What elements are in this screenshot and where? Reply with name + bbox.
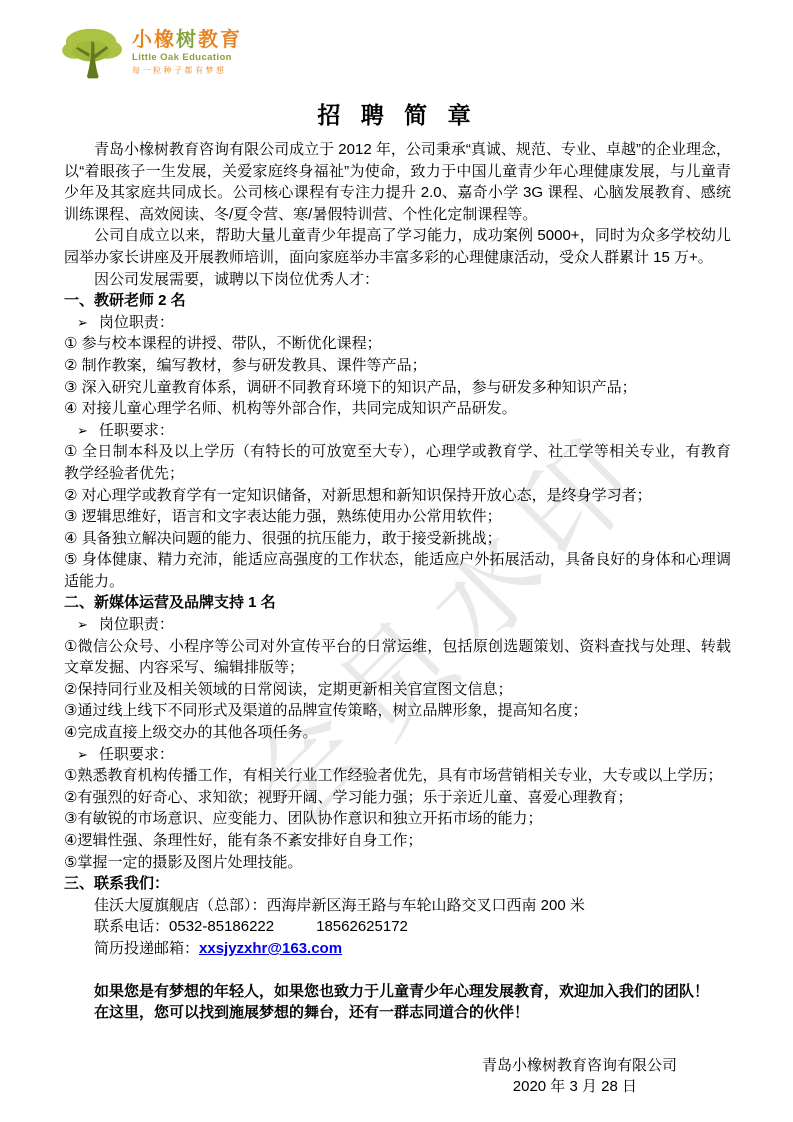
email-link[interactable]: xxsjyzxhr@163.com bbox=[199, 940, 342, 957]
section2-duties-label-text: 岗位职责： bbox=[99, 616, 174, 633]
oak-tree-icon bbox=[60, 26, 126, 84]
logo-text: 小橡树教育 Little Oak Education 每一粒种子都有梦想 bbox=[132, 26, 242, 75]
section2-req-item: ⑤掌握一定的摄影及图片处理技能。 bbox=[64, 852, 731, 874]
spacer bbox=[64, 960, 731, 981]
spacer bbox=[64, 1045, 731, 1055]
section2-req-label: ➢任职要求： bbox=[64, 744, 731, 766]
logo-brand-part1: 小橡 bbox=[132, 29, 176, 51]
section1-req-label-text: 任职要求： bbox=[99, 422, 174, 439]
section2-duty-item: ②保持同行业及相关领域的日常阅读，定期更新相关官宣图文信息； bbox=[64, 679, 731, 701]
section1-duties-label-text: 岗位职责： bbox=[99, 314, 174, 331]
intro-paragraph-3: 因公司发展需要，诚聘以下岗位优秀人才： bbox=[64, 269, 731, 291]
contact-email-label: 简历投递邮箱： bbox=[94, 940, 199, 957]
intro-paragraph-2: 公司自成立以来，帮助大量儿童青少年提高了学习能力，成功案例 5000+，同时为众… bbox=[64, 225, 731, 268]
signature-company: 青岛小橡树教育咨询有限公司 bbox=[64, 1055, 731, 1077]
signature-date: 2020 年 3 月 28 日 bbox=[64, 1076, 731, 1098]
section1-duty-item: ④ 对接儿童心理学名师、机构等外部合作，共同完成知识产品研发。 bbox=[64, 398, 731, 420]
logo-tagline: 每一粒种子都有梦想 bbox=[132, 67, 242, 75]
document-page: 会员水印 小橡树教育 Little Oak Education 每一粒种子都有梦… bbox=[0, 0, 793, 1122]
section1-duties-label: ➢岗位职责： bbox=[64, 312, 731, 334]
section1-req-item: ② 对心理学或教育学有一定知识储备，对新思想和新知识保持开放心态，是终身学习者； bbox=[64, 485, 731, 507]
arrow-bullet-icon: ➢ bbox=[77, 744, 88, 766]
closing-line-1: 如果您是有梦想的年轻人，如果您也致力于儿童青少年心理发展教育，欢迎加入我们的团队… bbox=[64, 981, 731, 1003]
contact-email-row: 简历投递邮箱：xxsjyzxhr@163.com bbox=[64, 938, 731, 960]
section1-req-item: ③ 逻辑思维好，语言和文字表达能力强，熟练使用办公常用软件； bbox=[64, 506, 731, 528]
logo: 小橡树教育 Little Oak Education 每一粒种子都有梦想 bbox=[60, 26, 731, 86]
section1-req-item: ⑤ 身体健康、精力充沛，能适应高强度的工作状态，能适应户外拓展活动，具备良好的身… bbox=[64, 549, 731, 592]
section2-duties-label: ➢岗位职责： bbox=[64, 614, 731, 636]
contact-heading: 三、联系我们： bbox=[64, 873, 731, 895]
section1-duty-item: ① 参与校本课程的讲授、带队，不断优化课程； bbox=[64, 333, 731, 355]
section2-req-item: ②有强烈的好奇心、求知欲；视野开阔、学习能力强；乐于亲近儿童、喜爱心理教育； bbox=[64, 787, 731, 809]
arrow-bullet-icon: ➢ bbox=[77, 420, 88, 442]
page-title: 招 聘 简 章 bbox=[64, 97, 731, 130]
section1-duty-item: ③ 深入研究儿童教育体系，调研不同教育环境下的知识产品，参与研发多种知识产品； bbox=[64, 377, 731, 399]
spacer bbox=[64, 1024, 731, 1045]
arrow-bullet-icon: ➢ bbox=[77, 312, 88, 334]
section1-req-item: ④ 具备独立解决问题的能力、很强的抗压能力，敢于接受新挑战； bbox=[64, 528, 731, 550]
logo-brand-cn: 小橡树教育 bbox=[132, 30, 242, 50]
logo-brand-part3: 教育 bbox=[198, 29, 242, 51]
intro-paragraph-1: 青岛小橡树教育咨询有限公司成立于 2012 年，公司秉承“真诚、规范、专业、卓越… bbox=[64, 139, 731, 225]
section1-req-item: ① 全日制本科及以上学历（有特长的可放宽至大专），心理学或教育学、社工学等相关专… bbox=[64, 441, 731, 484]
section2-duty-item: ①微信公众号、小程序等公司对外宣传平台的日常运维，包括原创选题策划、资料查找与处… bbox=[64, 636, 731, 679]
section2-req-label-text: 任职要求： bbox=[99, 746, 174, 763]
section1-heading: 一、教研老师 2 名 bbox=[64, 290, 731, 312]
section2-req-item: ③有敏锐的市场意识、应变能力、团队协作意识和独立开拓市场的能力； bbox=[64, 808, 731, 830]
section2-heading: 二、新媒体运营及品牌支持 1 名 bbox=[64, 592, 731, 614]
section1-duty-item: ② 制作教案，编写教材，参与研发教具、课件等产品； bbox=[64, 355, 731, 377]
section2-req-item: ①熟悉教育机构传播工作，有相关行业工作经验者优先，具有市场营销相关专业，大专或以… bbox=[64, 765, 731, 787]
contact-phone-1: 0532-85186222 bbox=[169, 918, 274, 935]
section2-duty-item: ③通过线上线下不同形式及渠道的品牌宣传策略，树立品牌形象，提高知名度； bbox=[64, 700, 731, 722]
logo-brand-en: Little Oak Education bbox=[132, 53, 242, 63]
closing-line-2: 在这里，您可以找到施展梦想的舞台，还有一群志同道合的伙伴！ bbox=[64, 1002, 731, 1024]
section2-req-item: ④逻辑性强、条理性好，能有条不紊安排好自身工作； bbox=[64, 830, 731, 852]
contact-phone-label: 联系电话： bbox=[94, 918, 169, 935]
logo-brand-part2: 树 bbox=[176, 29, 198, 51]
contact-address: 佳沃大厦旗舰店（总部）：西海岸新区海王路与车轮山路交叉口西南 200 米 bbox=[64, 895, 731, 917]
section2-duty-item: ④完成直接上级交办的其他各项任务。 bbox=[64, 722, 731, 744]
contact-phone-2: 18562625172 bbox=[316, 918, 408, 935]
arrow-bullet-icon: ➢ bbox=[77, 614, 88, 636]
section1-req-label: ➢任职要求： bbox=[64, 420, 731, 442]
contact-phone-row: 联系电话：0532-8518622218562625172 bbox=[64, 916, 731, 938]
